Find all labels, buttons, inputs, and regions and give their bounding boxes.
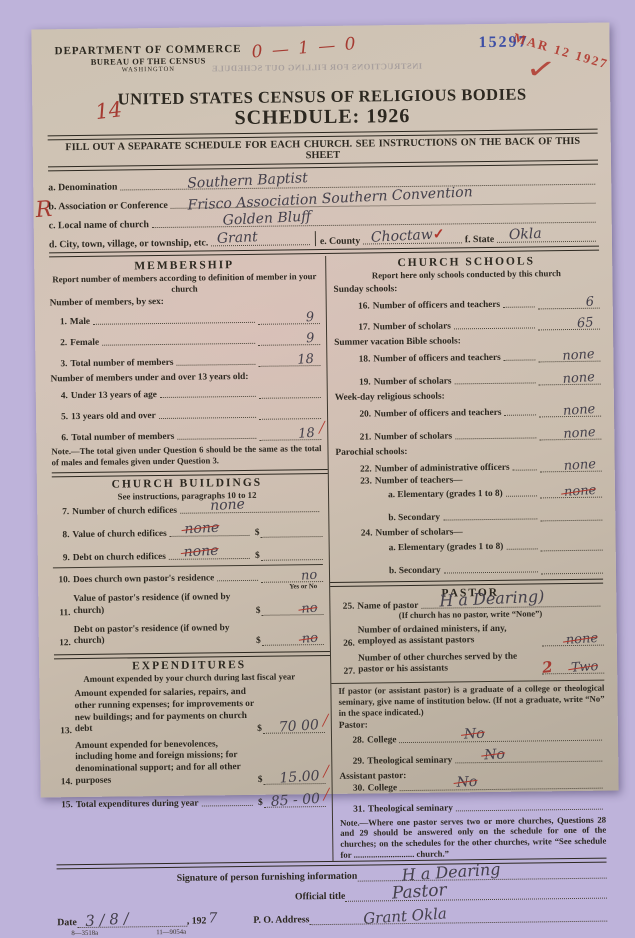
q-num: 29. <box>347 756 364 766</box>
q-label: Number of ordained ministers, if any, em… <box>358 623 542 648</box>
graduate-instruction: If pastor (or assistant pastor) is a gra… <box>338 683 604 719</box>
q-label: Number of teachers— <box>375 475 463 486</box>
q-num: 16. <box>348 301 370 311</box>
handwritten-value: Choctaw✓ <box>371 226 445 245</box>
q30: 30. College No <box>340 780 606 793</box>
dollar-sign: $ <box>255 528 260 538</box>
instruction-banner: FILL OUT A SEPARATE SCHEDULE FOR EACH CH… <box>48 129 598 172</box>
q3-total-members: 3. Total number of members 18 <box>50 354 320 369</box>
section-subtitle: See instructions, paragraphs 10 to 12 <box>52 489 322 503</box>
q-num: 11. <box>53 608 70 618</box>
check-mark-icon: ✓ <box>433 226 445 243</box>
answer-slot: 70 00 <box>263 721 325 734</box>
q-num: 8. <box>52 531 69 541</box>
leader-dots <box>513 469 537 470</box>
q-label: Debt on church edifices <box>73 552 166 563</box>
group-label: Number of members, by sex: <box>50 295 320 308</box>
q-label: Number of officers and teachers <box>374 407 501 419</box>
leader-dots <box>217 580 258 581</box>
handwritten-value: none <box>183 543 218 561</box>
q-num: 23. <box>350 476 372 486</box>
answer-slot <box>259 407 321 420</box>
answer-slot: no <box>262 633 324 646</box>
answer-slot <box>540 508 602 521</box>
q-label: Number of administrative officers <box>375 462 510 474</box>
q-num: 22. <box>350 464 372 474</box>
answer-slot: none <box>539 427 601 440</box>
q4-under-13: 4. Under 13 years of age <box>51 386 321 401</box>
q1-male: 1. Male 9 <box>50 312 320 327</box>
q11-value-residence: 11. Value of pastor's residence (if owne… <box>53 591 323 618</box>
leader-dots: No <box>400 787 603 790</box>
leader-dots <box>454 327 535 329</box>
answer-line: Choctaw✓ <box>363 242 462 244</box>
q27: 27. Number of other churches served by t… <box>338 650 604 676</box>
handwritten-code: 0 — 1 — 0 <box>251 34 358 63</box>
leader-dots <box>504 414 536 415</box>
q7-edifices: 7. Number of church edifices none <box>52 504 322 517</box>
check-mark-icon: ✓ <box>524 51 558 89</box>
q-label: Number of scholars— <box>375 527 462 538</box>
leader-dots <box>506 548 537 549</box>
answer-slot: 18 <box>258 354 320 367</box>
q23a: a. Elementary (grades 1 to 8) none <box>336 485 602 500</box>
q-num: 1. <box>50 317 67 327</box>
q-num: 6. <box>51 433 68 443</box>
right-column: CHURCH SCHOOLS Report here only schools … <box>326 253 606 800</box>
dollar-sign: $ <box>256 605 261 615</box>
q24b: b. Secondary <box>337 561 603 576</box>
q-label: Number of officers and teachers <box>373 299 500 311</box>
field-label: e. County <box>320 236 360 247</box>
q-label: Theological seminary <box>367 755 452 766</box>
section-subtitle: Amount expended by your church during la… <box>54 671 324 685</box>
answer-slot <box>541 561 603 574</box>
q-num: 25. <box>337 601 354 611</box>
q5-over-13: 5. 13 years old and over <box>51 407 321 422</box>
q15-total-expenditures: 15. Total expenditures during year $ 85 … <box>56 795 326 800</box>
leader-dots <box>444 571 538 573</box>
q-label: a. Elementary (grades 1 to 8) <box>388 488 503 499</box>
answer-slot <box>261 548 323 561</box>
q-label: Value of church edifices <box>72 529 166 540</box>
leader-dots <box>504 359 536 360</box>
leader-dots: No <box>399 739 602 742</box>
identity-fields: a. Denomination Southern Baptist b. Asso… <box>48 168 599 251</box>
q17: 17. Number of scholars 65 <box>334 317 600 332</box>
q21: 21. Number of scholars none <box>335 427 601 442</box>
group-label: Number of members under and over 13 year… <box>51 371 321 384</box>
q-label: Number of scholars <box>373 321 451 332</box>
field-label: d. City, town, village, or township, etc… <box>49 237 208 250</box>
q-label: College <box>368 783 398 793</box>
q-num: 2. <box>50 338 67 348</box>
handwritten-value: none <box>563 482 596 499</box>
q-num: 9. <box>53 554 70 564</box>
field-label: a. Denomination <box>48 182 117 194</box>
q-num: 28. <box>347 735 364 745</box>
leader-dots: No <box>455 760 602 763</box>
leader-dots: H a Dearing) <box>421 605 600 608</box>
leader-dots <box>177 438 256 440</box>
leader-dots <box>160 396 256 398</box>
leader-dots: none <box>170 535 250 537</box>
field-label: f. State <box>465 234 495 245</box>
q13-salaries: 13. Amount expended for salaries, repair… <box>54 686 325 736</box>
leader-dots: none <box>180 511 319 514</box>
county-value: Choctaw <box>371 227 434 246</box>
q-num: 18. <box>348 354 370 364</box>
handwritten-value: No <box>464 725 485 742</box>
leader-dots <box>443 518 537 520</box>
answer-slot: 15.00 <box>263 772 325 785</box>
q-num: 13. <box>55 726 72 736</box>
leader-dots <box>159 417 256 419</box>
q28: 28. College No <box>339 732 605 745</box>
q-label: Number of other churches served by the p… <box>358 651 542 676</box>
answer-slot <box>541 538 603 551</box>
q2-female: 2. Female 9 <box>50 333 320 348</box>
q-num: 4. <box>51 391 68 401</box>
leader-dots: none <box>169 558 250 560</box>
handwritten-margin-number: 14 <box>94 97 123 124</box>
group-label: Parochial schools: <box>335 444 601 457</box>
answer-slot: none <box>538 349 600 362</box>
q-label: Does church own pastor's residence <box>73 574 214 586</box>
leader-dots <box>93 322 255 325</box>
leader-dots <box>455 437 536 439</box>
answer-slot: noYes or No <box>261 570 323 583</box>
answer-slot: none <box>540 459 602 472</box>
membership-note: Note.—The total given under Question 6 s… <box>51 443 321 468</box>
q16: 16. Number of officers and teachers 6 <box>334 296 600 311</box>
q-label: Number of scholars <box>374 431 452 442</box>
q-num: 7. <box>52 508 69 518</box>
handwritten-value: no <box>300 568 317 584</box>
answer-slot: 9 <box>258 312 320 325</box>
q-label: Number of scholars <box>374 376 452 387</box>
answer-slot: none <box>542 633 604 646</box>
q6-total-members: 6. Total number of members 18 <box>51 428 321 443</box>
handwritten-value: 65 <box>577 315 594 331</box>
divider <box>315 231 316 246</box>
handwritten-value: none <box>184 520 219 538</box>
answer-slot <box>259 386 321 399</box>
q-num: 26. <box>338 638 355 648</box>
handwritten-value: 9 <box>305 331 314 347</box>
q-num: 27. <box>338 667 355 677</box>
handwritten-value: No <box>456 773 477 790</box>
q-label: Under 13 years of age <box>71 390 157 401</box>
q-num: 24. <box>350 528 372 538</box>
q-num: 21. <box>349 432 371 442</box>
answer-slot: 9 <box>258 333 320 346</box>
q10-own-residence: 10. Does church own pastor's residence n… <box>53 570 323 585</box>
q-num: 19. <box>349 377 371 387</box>
q-label: Amount expended for benevolences, includ… <box>75 739 256 788</box>
handwritten-value: 15.00 <box>279 768 320 787</box>
q8-value-edifices: 8. Value of church edifices none $ <box>52 525 322 540</box>
rule <box>53 564 323 568</box>
q-num: 5. <box>51 412 68 422</box>
q24a: a. Elementary (grades 1 to 8) <box>337 538 603 553</box>
q-label: b. Secondary <box>389 565 441 576</box>
handwritten-value: no <box>301 600 318 616</box>
q14-benevolences: 14. Amount expended for benevolences, in… <box>55 738 326 788</box>
answer-slot: none <box>539 372 601 385</box>
q-label: Name of pastor <box>357 600 418 611</box>
answer-slot: 65 <box>538 317 600 330</box>
q-label: 13 years old and over <box>71 411 156 422</box>
yes-or-no-hint: Yes or No <box>289 583 317 590</box>
handwritten-value: none <box>562 369 595 386</box>
handwritten-value: Grant <box>217 229 259 247</box>
answer-slot: 2Two <box>542 662 604 675</box>
q23: 23. Number of teachers— <box>336 473 602 486</box>
q12-debt-residence: 12. Debt on pastor's residence (if owned… <box>54 622 324 649</box>
q19: 19. Number of scholars none <box>335 372 601 387</box>
dollar-sign: $ <box>258 775 263 785</box>
q-num: 14. <box>55 777 72 787</box>
q-label: College <box>367 735 397 745</box>
section-subtitle: Report number of members according to de… <box>49 271 319 295</box>
handwritten-value: Two <box>571 659 599 676</box>
q-label: Total number of members <box>71 432 174 443</box>
handwritten-value: none <box>562 346 595 363</box>
q-num: 3. <box>50 359 67 369</box>
handwritten-value: 85 - 00 <box>270 791 320 800</box>
handwritten-value: 18 <box>297 352 314 368</box>
q-label: Amount expended for salaries, repairs, a… <box>74 687 255 736</box>
dollar-sign: $ <box>255 551 260 561</box>
handwritten-value: none <box>562 401 595 418</box>
q-label: Debt on pastor's residence (if owned by … <box>74 622 255 647</box>
q26: 26. Number of ordained ministers, if any… <box>338 622 604 648</box>
q-num: 10. <box>53 576 70 586</box>
red-correction-value: 2 <box>541 658 553 677</box>
q-num: 30. <box>348 783 365 793</box>
scanned-form-paper: DEPARTMENT OF COMMERCE BUREAU OF THE CEN… <box>31 22 618 797</box>
handwritten-value: 18 <box>298 426 315 442</box>
q-label: Female <box>70 338 99 348</box>
answer-line: Grant <box>211 244 310 246</box>
group-label: Summer vacation Bible schools: <box>334 334 600 347</box>
handwritten-value: none <box>563 424 596 441</box>
answer-line: Okla <box>497 241 596 243</box>
leader-dots <box>506 495 537 496</box>
handwritten-value: 70 00 <box>278 717 319 736</box>
q-label: Number of officers and teachers <box>373 352 500 364</box>
leader-dots <box>503 306 535 307</box>
handwritten-value: Okla <box>509 226 543 244</box>
dollar-sign: $ <box>257 724 262 734</box>
q-label: a. Elementary (grades 1 to 8) <box>389 541 504 552</box>
group-label: Week-day religious schools: <box>335 389 601 402</box>
answer-slot: none <box>540 485 602 498</box>
answer-slot: 85 - 00 <box>264 795 326 800</box>
answer-slot: 18 <box>259 428 321 441</box>
left-column: MEMBERSHIP Report number of members acco… <box>49 256 333 800</box>
q-label: b. Secondary <box>388 512 440 523</box>
handwritten-value: none <box>563 456 596 473</box>
q23b: b. Secondary <box>336 508 602 523</box>
q-label: Male <box>70 317 90 327</box>
q-label: Number of church edifices <box>72 506 177 517</box>
answer-slot <box>260 525 322 538</box>
q20: 20. Number of officers and teachers none <box>335 404 601 419</box>
handwritten-value: none <box>210 497 245 515</box>
q-num: 17. <box>348 322 370 332</box>
handwritten-value: no <box>301 631 318 647</box>
q22: 22. Number of administrative officers no… <box>336 459 602 474</box>
handwritten-value: 6 <box>585 294 594 310</box>
leader-dots <box>102 343 255 346</box>
q-label: Value of pastor's residence (if owned by… <box>73 592 254 617</box>
q18: 18. Number of officers and teachers none <box>334 349 600 364</box>
q9-debt-edifices: 9. Debt on church edifices none $ <box>53 548 323 563</box>
answer-slot: none <box>539 404 601 417</box>
form-header: DEPARTMENT OF COMMERCE BUREAU OF THE CEN… <box>46 33 597 90</box>
handwritten-value: Southern Baptist <box>186 170 307 192</box>
answer-slot: 6 <box>538 296 600 309</box>
q-num: 12. <box>54 638 71 648</box>
q29: 29. Theological seminary No <box>339 753 605 766</box>
section-subtitle: Report here only schools conducted by th… <box>333 268 599 282</box>
handwritten-value: Golden Bluff <box>223 209 312 229</box>
leader-dots <box>455 382 536 384</box>
q-label: Total number of members <box>70 358 173 369</box>
handwritten-value: 9 <box>305 310 314 326</box>
q24: 24. Number of scholars— <box>336 525 602 538</box>
handwritten-value: No <box>484 746 505 763</box>
leader-dots <box>176 364 255 366</box>
group-label: Sunday schools: <box>333 281 599 294</box>
q-num: 20. <box>349 409 371 419</box>
handwritten-value: none <box>565 631 598 648</box>
answer-slot: no <box>261 603 323 616</box>
dollar-sign: $ <box>256 636 261 646</box>
